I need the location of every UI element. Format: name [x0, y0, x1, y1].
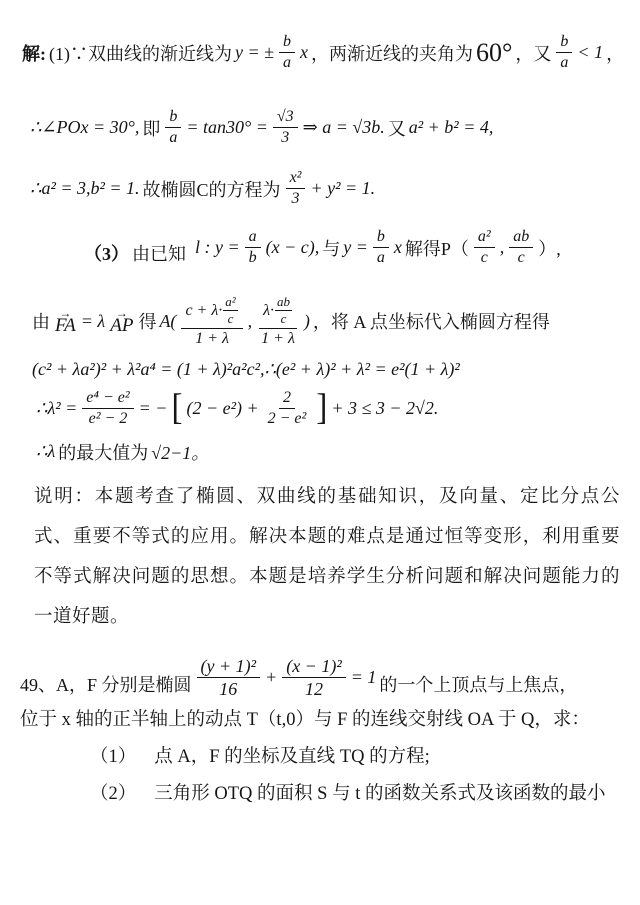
math-run: = 1	[351, 667, 377, 688]
explanation-paragraph: 说明：本题考查了椭圆、双曲线的基础知识，及向量、定比分点公式、重要不等式的应用。…	[34, 477, 620, 637]
fraction-b-over-a: b a	[279, 32, 295, 73]
math-run: x	[394, 237, 402, 258]
fraction-y-plus-1-sq-over-16: (y + 1)² 16	[197, 655, 261, 701]
fraction-numerator: c + λ· a² c	[181, 294, 242, 329]
fraction-a-over-b: a b	[245, 227, 261, 268]
text-run: (1)∵双曲线的渐近线为	[49, 40, 232, 66]
fraction-b-over-a: b a	[556, 32, 572, 73]
fraction-denominator: c	[477, 248, 492, 268]
fraction-numerator: ab	[275, 294, 292, 311]
solution-label: 解:	[22, 40, 46, 66]
problem-49-line-2: 位于 x 轴的正半轴上的动点 T（t,0）与 F 的连线交射线 OA 于 Q，求…	[20, 705, 624, 731]
fraction-denominator: 3	[288, 189, 304, 209]
math-run: + y² = 1.	[310, 178, 375, 199]
math-run: = −	[139, 398, 168, 419]
text-run: 的一个上顶点与上焦点，	[379, 671, 577, 701]
math-run: (c² + λa²)² + λ²a⁴ = (1 + λ)²a²c²,∴(e² +…	[32, 359, 460, 380]
text-run: 得	[138, 308, 156, 334]
fraction-denominator: c	[279, 311, 289, 327]
angle-value: 60°	[476, 38, 512, 68]
solution-line-2: ∴∠POx = 30°, 即 b a = tan30° = √3 3 ⇒ a =…	[30, 107, 624, 148]
fraction-numerator: (y + 1)²	[197, 655, 261, 679]
math-run: < 1	[577, 42, 603, 63]
numerator-text: c + λ·	[185, 301, 222, 321]
problem-number-text: 49、A，F 分别是椭圆	[20, 671, 192, 701]
numerator-text: λ·	[263, 301, 274, 321]
math-run: ,	[248, 311, 253, 332]
text-run: ，两渐近线的夹角为	[311, 40, 473, 66]
vector-base: FA	[55, 316, 76, 335]
fraction-denominator: a	[279, 53, 295, 73]
math-run: = λ	[81, 311, 105, 332]
math-run: a² + b² = 4,	[409, 117, 494, 138]
fraction-numerator: ab	[509, 227, 533, 248]
vector-base: AP	[110, 316, 133, 335]
text-run: ，	[606, 40, 624, 66]
fraction-denominator: 16	[215, 678, 241, 701]
left-bracket: [	[171, 387, 182, 428]
nested-fraction-x-coordinate: c + λ· a² c 1 + λ	[181, 294, 242, 349]
fraction-numerator: b	[165, 107, 181, 128]
nested-fraction-y-coordinate: λ· ab c 1 + λ	[257, 294, 299, 349]
math-run: (2 − e²) +	[186, 398, 258, 419]
math-run: ∴∠POx = 30°,	[30, 117, 139, 138]
text-run: 又	[388, 115, 406, 141]
math-run: A(	[159, 311, 176, 332]
text-run: 故椭圆C的方程为	[143, 176, 281, 202]
math-run: = tan30° =	[186, 117, 268, 138]
fraction-denominator: a	[165, 128, 181, 148]
math-run: )	[304, 311, 310, 332]
fraction-numerator: b	[279, 32, 295, 53]
problem-49-item-1: （1） 点 A，F 的坐标及直线 TQ 的方程;	[20, 742, 624, 768]
fraction-numerator: a	[245, 227, 261, 248]
fraction-x-minus-1-sq-over-12: (x − 1)² 12	[282, 655, 346, 701]
text-run: 的最大值为	[58, 439, 148, 465]
fraction-denominator: c	[514, 248, 529, 268]
fraction-ab-over-c: ab c	[275, 294, 292, 328]
document-page: 解: (1)∵双曲线的渐近线为 y = ± b a x ，两渐近线的夹角为 60…	[0, 0, 640, 905]
fraction-numerator: a²	[474, 227, 495, 248]
fraction-denominator: 12	[301, 678, 327, 701]
math-run: x	[300, 42, 308, 63]
fraction-numerator: b	[556, 32, 572, 53]
vector-FA: → FA	[55, 307, 76, 335]
solution-line-8: ∴λ 的最大值为 √2−1。	[36, 439, 624, 465]
solution-line-1: 解: (1)∵双曲线的渐近线为 y = ± b a x ，两渐近线的夹角为 60…	[22, 32, 624, 73]
fraction-a2-over-c: a² c	[474, 227, 495, 268]
fraction-denominator: b	[245, 248, 261, 268]
fraction-denominator: 1 + λ	[257, 329, 299, 349]
fraction-denominator: c	[226, 311, 236, 327]
text-run: 与	[322, 235, 340, 261]
text-run: ）,	[538, 235, 561, 261]
fraction-numerator: a²	[223, 294, 237, 311]
fraction-numerator: x²	[286, 168, 306, 189]
math-run: ∴λ² =	[36, 398, 77, 419]
problem-49-line: 49、A，F 分别是椭圆 (y + 1)² 16 + (x − 1)² 12 =…	[20, 655, 624, 701]
fraction-denominator: e² − 2	[85, 409, 132, 429]
fraction-numerator: √3	[273, 107, 298, 128]
fraction-numerator: e⁴ − e²	[82, 388, 133, 409]
fraction-2-over-2-minus-e2: 2 2 − e²	[264, 388, 311, 429]
vector-AP: → AP	[110, 307, 133, 335]
right-bracket: ]	[316, 387, 327, 428]
math-run: ,	[500, 237, 505, 258]
fraction-ab-over-c: ab c	[509, 227, 533, 268]
item-text: 点 A，F 的坐标及直线 TQ 的方程;	[154, 742, 429, 768]
fraction-numerator: (x − 1)²	[282, 655, 346, 679]
text-run: ，将 A 点坐标代入椭圆方程得	[313, 308, 550, 334]
math-run: ∴a² = 3,b² = 1.	[30, 178, 140, 199]
fraction-denominator: 3	[277, 128, 293, 148]
text-run: 解得P（	[405, 235, 469, 261]
text-run: 由	[32, 308, 50, 334]
math-run: y = ±	[235, 42, 274, 63]
fraction-sqrt3-over-3: √3 3	[273, 107, 298, 148]
fraction-x2-over-3: x² 3	[286, 168, 306, 209]
problem-49-item-2: （2） 三角形 OTQ 的面积 S 与 t 的函数关系式及该函数的最小	[20, 779, 624, 805]
math-run: ∴λ	[36, 441, 55, 462]
fraction-numerator: 2	[279, 388, 295, 409]
math-run: ⇒ a = √3b.	[303, 117, 385, 138]
math-run: (x − c),	[266, 237, 320, 258]
math-run: + 3 ≤ 3 − 2√2.	[331, 398, 438, 419]
item-number: （1）	[90, 742, 136, 768]
fraction-b-over-a: b a	[373, 227, 389, 268]
fraction-denominator: a	[556, 53, 572, 73]
fraction-denominator: 2 − e²	[264, 409, 311, 429]
text-run: 由已知	[132, 240, 186, 266]
math-run: √2−1。	[151, 439, 209, 465]
solution-line-7: ∴λ² = e⁴ − e² e² − 2 = − [ (2 − e²) + 2 …	[36, 388, 624, 429]
fraction-numerator: λ· ab c	[259, 294, 297, 329]
math-run: l : y =	[195, 237, 240, 258]
solution-line-3: ∴a² = 3,b² = 1. 故椭圆C的方程为 x² 3 + y² = 1.	[30, 168, 624, 209]
fraction-denominator: 1 + λ	[191, 329, 233, 349]
solution-line-4: （3） 由已知 l : y = a b (x − c), 与 y = b a x…	[84, 227, 624, 268]
fraction-a2-over-c: a² c	[223, 294, 237, 328]
fraction-b-over-a: b a	[165, 107, 181, 148]
item-number: （2）	[90, 779, 136, 805]
fraction-denominator: a	[373, 248, 389, 268]
math-run: +	[265, 667, 277, 688]
math-run: y =	[343, 237, 368, 258]
part-3-label-group: （3） 由已知	[84, 240, 186, 268]
text-run: 即	[142, 115, 160, 141]
solution-line-5: 由 → FA = λ → AP 得 A( c + λ· a² c 1 + λ ,…	[32, 294, 624, 349]
solution-line-6: (c² + λa²)² + λ²a⁴ = (1 + λ)²a²c²,∴(e² +…	[32, 359, 624, 380]
part-number: （3）	[84, 240, 129, 266]
item-text: 三角形 OTQ 的面积 S 与 t 的函数关系式及该函数的最小	[154, 779, 605, 805]
fraction-numerator: b	[373, 227, 389, 248]
fraction-e4-minus-e2: e⁴ − e² e² − 2	[82, 388, 133, 429]
text-run: ，又	[515, 40, 551, 66]
